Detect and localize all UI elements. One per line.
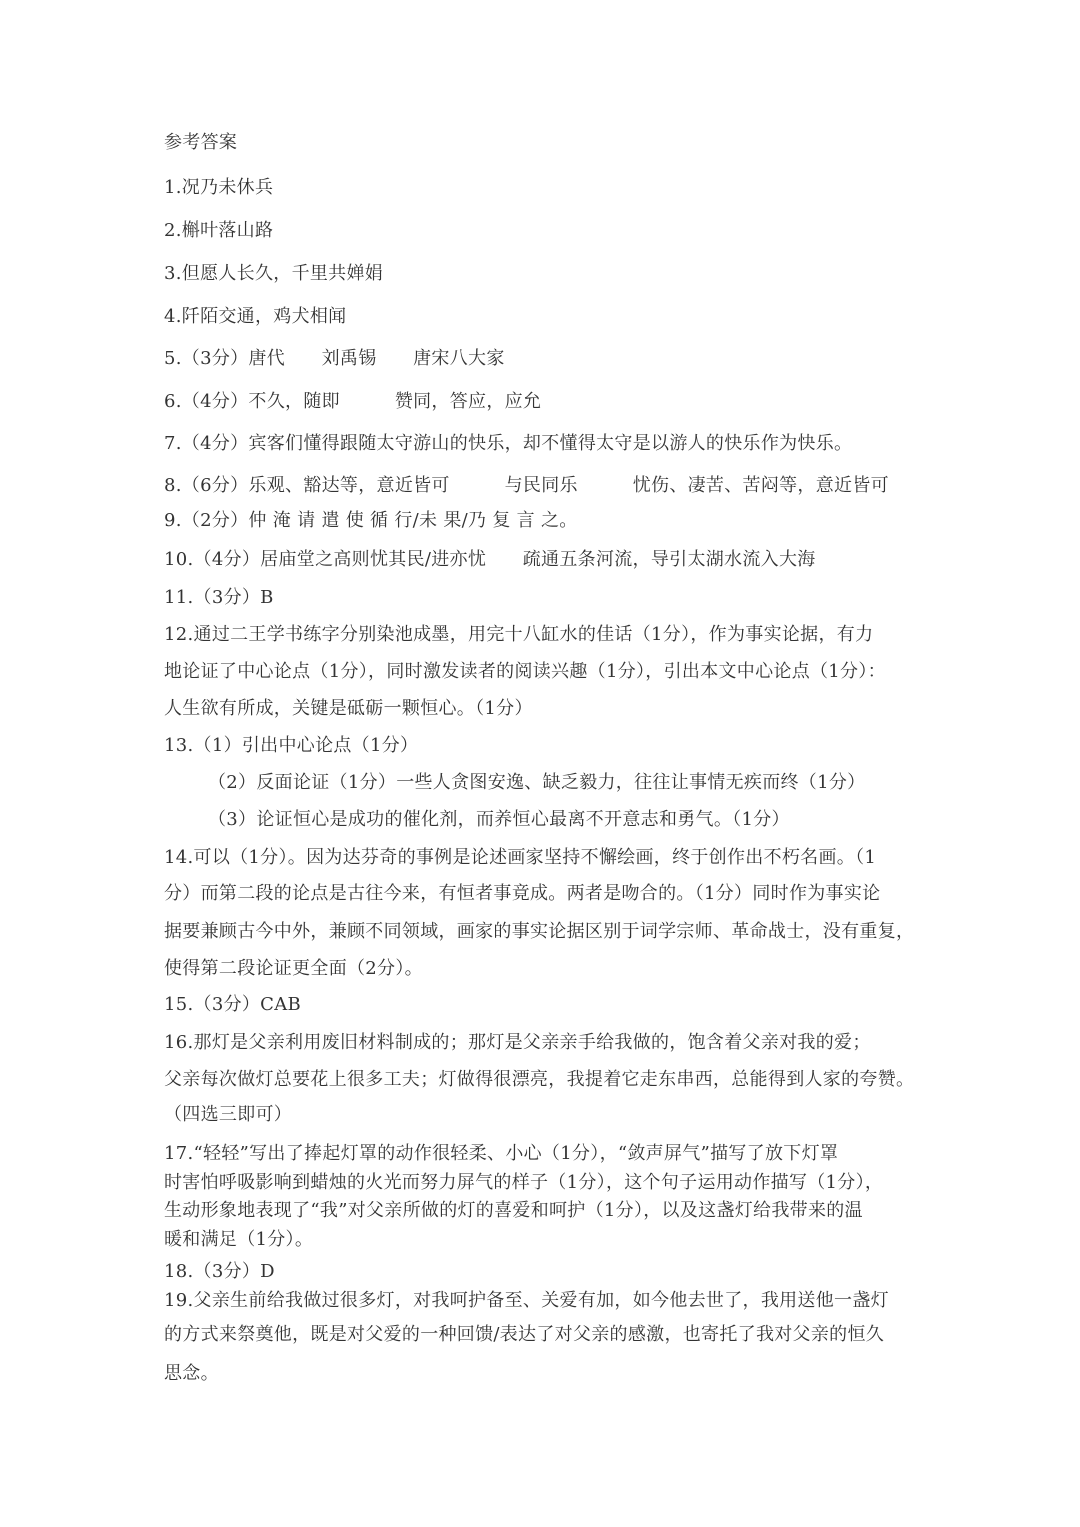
answer-line: 19.父亲生前给我做过很多灯，对我呵护备至、关爱有加，如今他去世了，我用送他一盏… xyxy=(164,1289,889,1313)
answer-line: 分）而第二段的论点是古往今来，有恒者事竟成。两者是吻合的。（1分）同时作为事实论 xyxy=(164,882,880,906)
answer-line: 13.（1）引出中心论点（1分） xyxy=(164,734,418,758)
answer-line: 4.阡陌交通，鸡犬相闻 xyxy=(164,305,346,329)
document-title: 参考答案 xyxy=(164,131,237,155)
answer-line: 1.况乃未休兵 xyxy=(164,176,273,200)
answer-line: 时害怕呼吸影响到蜡烛的火光而努力屏气的样子（1分），这个句子运用动作描写（1分）… xyxy=(164,1171,883,1195)
answer-line: 7.（4分）宾客们懂得跟随太守游山的快乐，却不懂得太守是以游人的快乐作为快乐。 xyxy=(164,432,852,456)
answer-line: 9.（2分）仲 淹 请 遣 使 循 行/未 果/乃 复 言 之。 xyxy=(164,509,578,533)
answer-line: 6.（4分）不久，随即 赞同，答应，应允 xyxy=(164,390,541,414)
answer-line: 人生欲有所成，关键是砥砺一颗恒心。（1分） xyxy=(164,697,533,721)
answer-line: 18.（3分）D xyxy=(164,1260,275,1284)
answer-line: 据要兼顾古今中外，兼顾不同领域，画家的事实论据区别于词学宗师、革命战士，没有重复… xyxy=(164,920,914,944)
answer-line: 5.（3分）唐代 刘禹锡 唐宋八大家 xyxy=(164,347,505,371)
answer-line: （3）论证恒心是成功的催化剂，而养恒心最离不开意志和勇气。（1分） xyxy=(208,808,790,832)
answer-line: 父亲每次做灯总要花上很多工夫；灯做得很漂亮，我提着它走东串西，总能得到人家的夸赞… xyxy=(164,1068,914,1092)
answer-line: 思念。 xyxy=(164,1362,219,1386)
answer-line: 8.（6分）乐观、豁达等，意近皆可 与民同乐 忧伤、凄苦、苦闷等，意近皆可 xyxy=(164,474,889,498)
answer-line: 地论证了中心论点（1分），同时激发读者的阅读兴趣（1分），引出本文中心论点（1分… xyxy=(164,660,886,684)
answer-line: 16.那灯是父亲利用废旧材料制成的；那灯是父亲亲手给我做的，饱含着父亲对我的爱； xyxy=(164,1031,871,1055)
answer-key-page: 参考答案 1.况乃未休兵2.槲叶落山路3.但愿人长久，千里共婵娟4.阡陌交通，鸡… xyxy=(0,0,1080,1527)
answer-line: （四选三即可） xyxy=(164,1103,292,1127)
answer-line: 2.槲叶落山路 xyxy=(164,219,273,243)
answer-line: 11.（3分）B xyxy=(164,586,274,610)
answer-line: 的方式来祭奠他，既是对父爱的一种回馈/表达了对父亲的感激，也寄托了我对父亲的恒久 xyxy=(164,1323,884,1347)
answer-line: 暖和满足（1分）。 xyxy=(164,1228,313,1252)
answer-line: 3.但愿人长久，千里共婵娟 xyxy=(164,262,383,286)
answer-line: 12.通过二王学书练字分别染池成墨，用完十八缸水的佳话（1分），作为事实论据，有… xyxy=(164,623,873,647)
answer-line: 生动形象地表现了“我”对父亲所做的灯的喜爱和呵护（1分），以及这盏灯给我带来的温 xyxy=(164,1199,863,1223)
answer-line: 14.可以（1分）。因为达芬奇的事例是论述画家坚持不懈绘画，终于创作出不朽名画。… xyxy=(164,846,876,870)
answer-line: 15.（3分）CAB xyxy=(164,993,301,1017)
answer-line: 17.“轻轻”写出了捧起灯罩的动作很轻柔、小心（1分），“敛声屏气”描写了放下灯… xyxy=(164,1142,838,1166)
answer-line: 10.（4分）居庙堂之高则忧其民/进亦忧 疏通五条河流，导引太湖水流入大海 xyxy=(164,548,816,572)
answer-line: （2）反面论证（1分）一些人贪图安逸、缺乏毅力，往往让事情无疾而终（1分） xyxy=(208,771,865,795)
answer-line: 使得第二段论证更全面（2分）。 xyxy=(164,957,423,981)
